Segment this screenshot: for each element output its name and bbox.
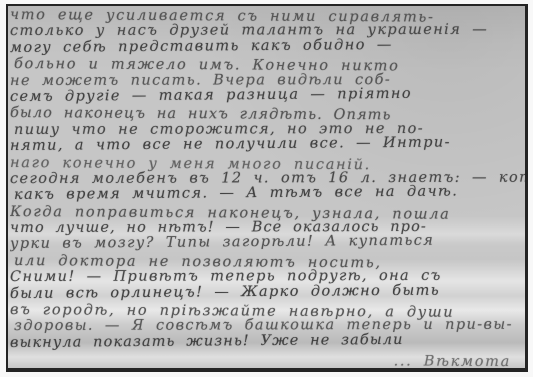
handwritten-line: ... Вѣкмота [10, 351, 525, 368]
photo-frame-border: что еще усиливается съ ними сиравлять-ст… [6, 4, 528, 372]
handwritten-line: урки въ мозгу? Типы загорѣли! А купаться [10, 232, 525, 252]
letter-paper: что еще усиливается съ ними сиравлять-ст… [8, 6, 525, 368]
handwritten-line: были всѣ орлинецъ! — Жарко должно быть [10, 282, 525, 302]
handwritten-line: какъ время мчится. — А тѣмъ все на дачѣ. [10, 183, 525, 203]
scanned-letter: что еще усиливается съ ними сиравлять-ст… [0, 0, 533, 377]
handwritten-line: могу себѣ представить какъ обидно — [10, 36, 525, 56]
handwritten-line: выкнула показать жизнь! Уже не забыли [10, 331, 525, 351]
handwritten-line: семъ другіе — такая разница — пріятно [10, 85, 525, 105]
handwriting-text-block: что еще усиливается съ ними сиравлять-ст… [10, 7, 525, 368]
handwritten-line: няти, а что все не получили все. — Интри… [10, 134, 525, 154]
